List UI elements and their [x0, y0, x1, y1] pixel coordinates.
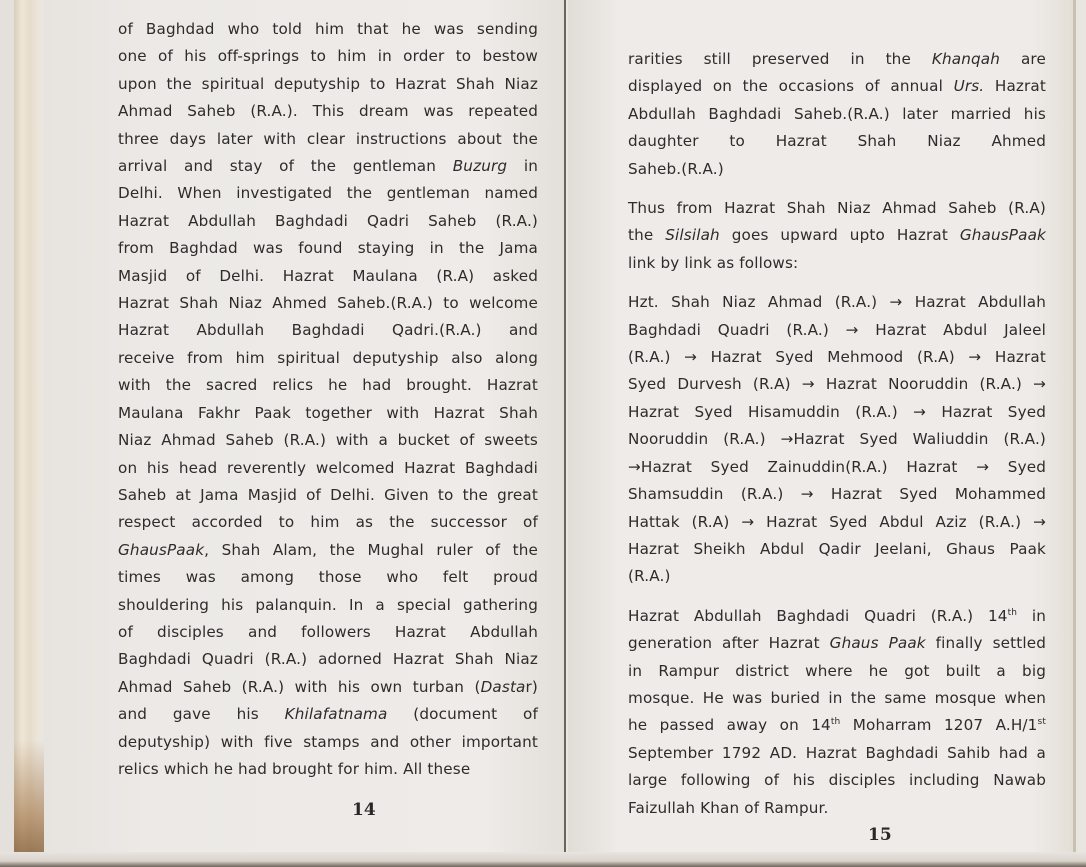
- text-line: in Rampur district where he got built a …: [628, 658, 1046, 685]
- book-spread: of Baghdad who told him that he was send…: [0, 0, 1086, 867]
- right-page-number: 15: [868, 825, 892, 845]
- text-line: Hattak (R.A) → Hazrat Syed Abdul Aziz (R…: [628, 509, 1046, 536]
- text-line: receive from him spiritual deputyship al…: [118, 345, 538, 372]
- text-line: large following of his disciples includi…: [628, 767, 1046, 794]
- text-line: with the sacred relics he had brought. H…: [118, 372, 538, 399]
- text-line: Nooruddin (R.A.) →Hazrat Syed Waliuddin …: [628, 426, 1046, 453]
- text-line: respect accorded to him as the successor…: [118, 509, 538, 536]
- paragraph: Hazrat Abdullah Baghdadi Quadri (R.A.) 1…: [628, 603, 1046, 822]
- text-line: Baghdadi Quadri (R.A.) → Hazrat Abdul Ja…: [628, 317, 1046, 344]
- text-line: deputyship) with five stamps and other i…: [118, 729, 538, 756]
- text-line: (R.A.) → Hazrat Syed Mehmood (R.A) → Haz…: [628, 344, 1046, 371]
- text-line: Syed Durvesh (R.A) → Hazrat Nooruddin (R…: [628, 371, 1046, 398]
- text-line: the Silsilah goes upward upto Hazrat Gha…: [628, 222, 1046, 249]
- text-line: he passed away on 14th Moharram 1207 A.H…: [628, 712, 1046, 739]
- text-line: from Baghdad was found staying in the Ja…: [118, 235, 538, 262]
- text-line: GhausPaak, Shah Alam, the Mughal ruler o…: [118, 537, 538, 564]
- text-line: Hazrat Shah Niaz Ahmed Saheb.(R.A.) to w…: [118, 290, 538, 317]
- text-line: rarities still preserved in the Khanqah …: [628, 46, 1046, 73]
- text-line: Shamsuddin (R.A.) → Hazrat Syed Mohammed: [628, 481, 1046, 508]
- text-line: Saheb.(R.A.): [628, 156, 1046, 183]
- text-line: on his head reverently welcomed Hazrat B…: [118, 455, 538, 482]
- text-line: three days later with clear instructions…: [118, 126, 538, 153]
- text-line: arrival and stay of the gentleman Buzurg…: [118, 153, 538, 180]
- text-line: shouldering his palanquin. In a special …: [118, 592, 538, 619]
- text-line: Saheb at Jama Masjid of Delhi. Given to …: [118, 482, 538, 509]
- right-page-body: rarities still preserved in the Khanqah …: [628, 46, 1046, 822]
- text-line: Thus from Hazrat Shah Niaz Ahmad Saheb (…: [628, 195, 1046, 222]
- text-line: Niaz Ahmad Saheb (R.A.) with a bucket of…: [118, 427, 538, 454]
- text-line: Hazrat Syed Hisamuddin (R.A.) → Hazrat S…: [628, 399, 1046, 426]
- paragraph: Hzt. Shah Niaz Ahmad (R.A.) → Hazrat Abd…: [628, 289, 1046, 590]
- text-line: mosque. He was buried in the same mosque…: [628, 685, 1046, 712]
- text-line: daughter to Hazrat Shah Niaz Ahmed: [628, 128, 1046, 155]
- left-page-body: of Baghdad who told him that he was send…: [118, 16, 538, 783]
- text-line: generation after Hazrat Ghaus Paak final…: [628, 630, 1046, 657]
- paragraph: Thus from Hazrat Shah Niaz Ahmad Saheb (…: [628, 195, 1046, 277]
- paragraph: of Baghdad who told him that he was send…: [118, 16, 538, 783]
- text-line: Hazrat Abdullah Baghdadi Quadri (R.A.) 1…: [628, 603, 1046, 630]
- text-line: Delhi. When investigated the gentleman n…: [118, 180, 538, 207]
- text-line: Abdullah Baghdadi Saheb.(R.A.) later mar…: [628, 101, 1046, 128]
- text-line: one of his off-springs to him in order t…: [118, 43, 538, 70]
- paragraph: rarities still preserved in the Khanqah …: [628, 46, 1046, 183]
- page-edge-stain: [14, 740, 44, 865]
- text-line: Hazrat Abdullah Baghdadi Qadri Saheb (R.…: [118, 208, 538, 235]
- text-line: displayed on the occasions of annual Urs…: [628, 73, 1046, 100]
- text-line: Ahmad Saheb (R.A.). This dream was repea…: [118, 98, 538, 125]
- text-line: September 1792 AD. Hazrat Baghdadi Sahib…: [628, 740, 1046, 767]
- text-line: Hzt. Shah Niaz Ahmad (R.A.) → Hazrat Abd…: [628, 289, 1046, 316]
- text-line: Maulana Fakhr Paak together with Hazrat …: [118, 400, 538, 427]
- book-bottom-edge: [0, 852, 1086, 867]
- text-line: upon the spiritual deputyship to Hazrat …: [118, 71, 538, 98]
- left-page-number: 14: [352, 800, 376, 820]
- text-line: relics which he had brought for him. All…: [118, 756, 538, 783]
- text-line: link by link as follows:: [628, 250, 1046, 277]
- text-line: and gave his Khilafatnama (document of: [118, 701, 538, 728]
- text-line: of disciples and followers Hazrat Abdull…: [118, 619, 538, 646]
- text-line: of Baghdad who told him that he was send…: [118, 16, 538, 43]
- text-line: Faizullah Khan of Rampur.: [628, 795, 1046, 822]
- text-line: →Hazrat Syed Zainuddin(R.A.) Hazrat → Sy…: [628, 454, 1046, 481]
- text-line: (R.A.): [628, 563, 1046, 590]
- text-line: times was among those who felt proud: [118, 564, 538, 591]
- text-line: Ahmad Saheb (R.A.) with his own turban (…: [118, 674, 538, 701]
- text-line: Masjid of Delhi. Hazrat Maulana (R.A) as…: [118, 263, 538, 290]
- text-line: Hazrat Sheikh Abdul Qadir Jeelani, Ghaus…: [628, 536, 1046, 563]
- text-line: Hazrat Abdullah Baghdadi Qadri.(R.A.) an…: [118, 317, 538, 344]
- text-line: Baghdadi Quadri (R.A.) adorned Hazrat Sh…: [118, 646, 538, 673]
